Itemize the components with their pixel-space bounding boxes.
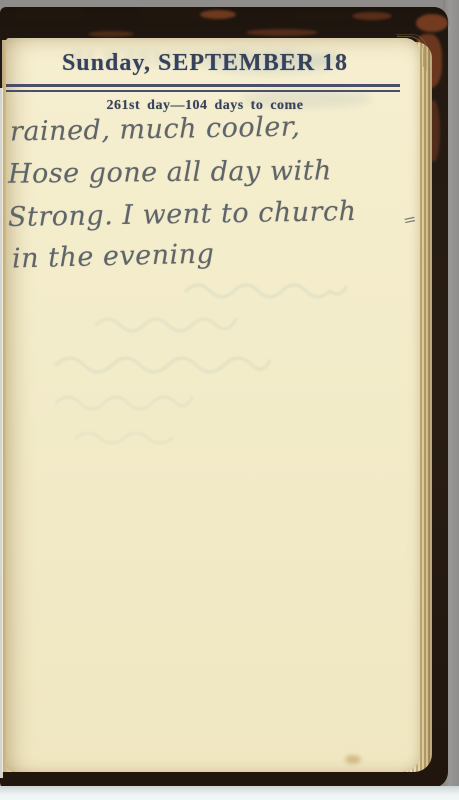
- diary-page: Sunday, SEPTEMBER 18 Sunday, SEPTEMBER 1…: [6, 38, 420, 772]
- handwritten-line-1: rained, much cooler,: [10, 111, 301, 147]
- page-title: Sunday, SEPTEMBER 18: [6, 50, 404, 77]
- cover-rust-patch: [246, 29, 318, 36]
- cover-worn-edge: [16, 9, 86, 21]
- continuation-mark: =: [401, 209, 418, 230]
- handwritten-line-2: Hose gone all day with: [8, 155, 332, 189]
- handwritten-line-4: in the evening: [12, 239, 215, 275]
- scanner-background-bottom: [0, 786, 459, 800]
- scanner-edge: [0, 88, 3, 778]
- cover-rust-patch: [352, 12, 392, 20]
- cover-worn-edge: [296, 11, 348, 21]
- cover-rust-patch: [88, 31, 134, 37]
- cover-rust-patch: [416, 14, 448, 32]
- header-divider-rule: [6, 84, 400, 92]
- bleed-through-writing: [36, 273, 396, 473]
- paper-stain: [345, 755, 361, 764]
- handwritten-line-3: Strong. I went to church: [8, 196, 357, 233]
- day-count-line: 261st day—104 days to come: [6, 98, 404, 114]
- cover-rust-patch: [200, 10, 236, 19]
- scanned-diary-page: Sunday, SEPTEMBER 18 Sunday, SEPTEMBER 1…: [0, 0, 459, 800]
